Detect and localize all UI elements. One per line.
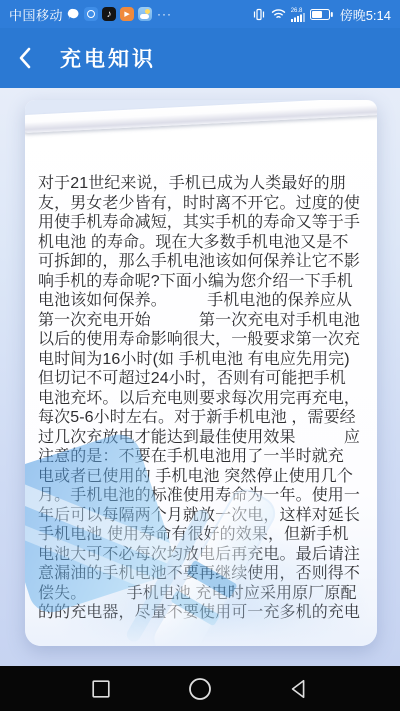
clock-label: 傍晚5:14 — [340, 5, 391, 24]
message-bubble-icon — [67, 8, 80, 21]
article-line: 电或者已使用的 手机电池 突然停止使用几个 — [38, 467, 360, 487]
back-nav-button[interactable] — [286, 676, 312, 702]
article-line: 过几次充放电才能达到最佳使用效果 应 — [38, 428, 360, 448]
article-line: 电池大可不必每次均放电后再充电。最后请注 — [38, 545, 360, 565]
article-line: 意漏油的手机电池不要再继续使用，否则得不 — [38, 564, 360, 584]
article-line: 电时间为16小时(如 手机电池 有电应先用完) — [38, 350, 360, 370]
content-area: 对于21世纪来说，手机已成为人类最好的朋 友，男女老少皆有，时时离不开它。过度的… — [0, 88, 400, 666]
vibrate-icon — [252, 8, 266, 21]
tiktok-app-icon: ♪ — [102, 7, 116, 21]
article-line: 偿失。 手机电池 充电时应采用原厂原配 — [38, 584, 360, 604]
video-app-icon: ▶ — [120, 7, 134, 21]
battery-icon — [310, 9, 333, 20]
article-line: 以后的使用寿命影响很大，一般要求第一次充 — [38, 330, 360, 350]
weather-app-icon — [138, 7, 152, 21]
article-line: 用使手机寿命减短，其实手机的寿命又等于手 — [38, 213, 360, 233]
more-notifications-icon: ··· — [157, 7, 172, 21]
article-line: 每次5-6小时左右。对于新手机电池 ，需要经 — [38, 408, 360, 428]
article-text[interactable]: 对于21世纪来说，手机已成为人类最好的朋 友，男女老少皆有，时时离不开它。过度的… — [38, 174, 360, 623]
carrier-label: 中国移动 — [9, 5, 63, 24]
article-line: 年后可以每隔两个月就放一次电，这样对延长 — [38, 506, 360, 526]
back-button[interactable] — [18, 43, 44, 73]
wifi-icon — [271, 8, 286, 20]
article-line: 友，男女老少皆有，时时离不开它。过度的使 — [38, 194, 360, 214]
home-button[interactable] — [187, 676, 213, 702]
browser-app-icon — [84, 7, 98, 21]
article-line: 机电池 的寿命。现在大多数手机电池又是不 — [38, 233, 360, 253]
article-line: 手机电池 使用寿命有很好的效果，但新手机 — [38, 525, 360, 545]
article-line: 可拆卸的，那么手机电池该如何保养让它不影 — [38, 252, 360, 272]
article-line: 的的充电器，尽量不要使用可一充多机的充电 — [38, 603, 360, 623]
article-line: 电池该如何保养。 手机电池的保养应从 — [38, 291, 360, 311]
article-line: 响手机的寿命呢?下面小编为您介绍一下手机 — [38, 272, 360, 292]
app-header: 充电知识 — [0, 28, 400, 88]
article-line: 月。手机电池的标准使用寿命为一年。使用一 — [38, 486, 360, 506]
phone-screen: 中国移动 ♪ ▶ ··· 26.8 — [0, 0, 400, 711]
android-nav-bar — [0, 666, 400, 711]
recents-button[interactable] — [88, 676, 114, 702]
article-line: 第一次充电开始 第一次充电对手机电池 — [38, 311, 360, 331]
article-card: 对于21世纪来说，手机已成为人类最好的朋 友，男女老少皆有，时时离不开它。过度的… — [25, 100, 377, 646]
article-line: 注意的是：不要在手机电池用了一半时就充 — [38, 447, 360, 467]
article-line: 电池充坏。以后充电则要求每次用完再充电， — [38, 389, 360, 409]
signal-bars-icon: 26.8 — [291, 7, 305, 22]
network-speed-label: 26.8 — [291, 8, 303, 14]
page-title: 充电知识 — [60, 43, 156, 73]
article-line: 但切记不可超过24小时，否则有可能把手机 — [38, 369, 360, 389]
article-line: 对于21世纪来说，手机已成为人类最好的朋 — [38, 174, 360, 194]
status-bar: 中国移动 ♪ ▶ ··· 26.8 — [0, 0, 400, 28]
